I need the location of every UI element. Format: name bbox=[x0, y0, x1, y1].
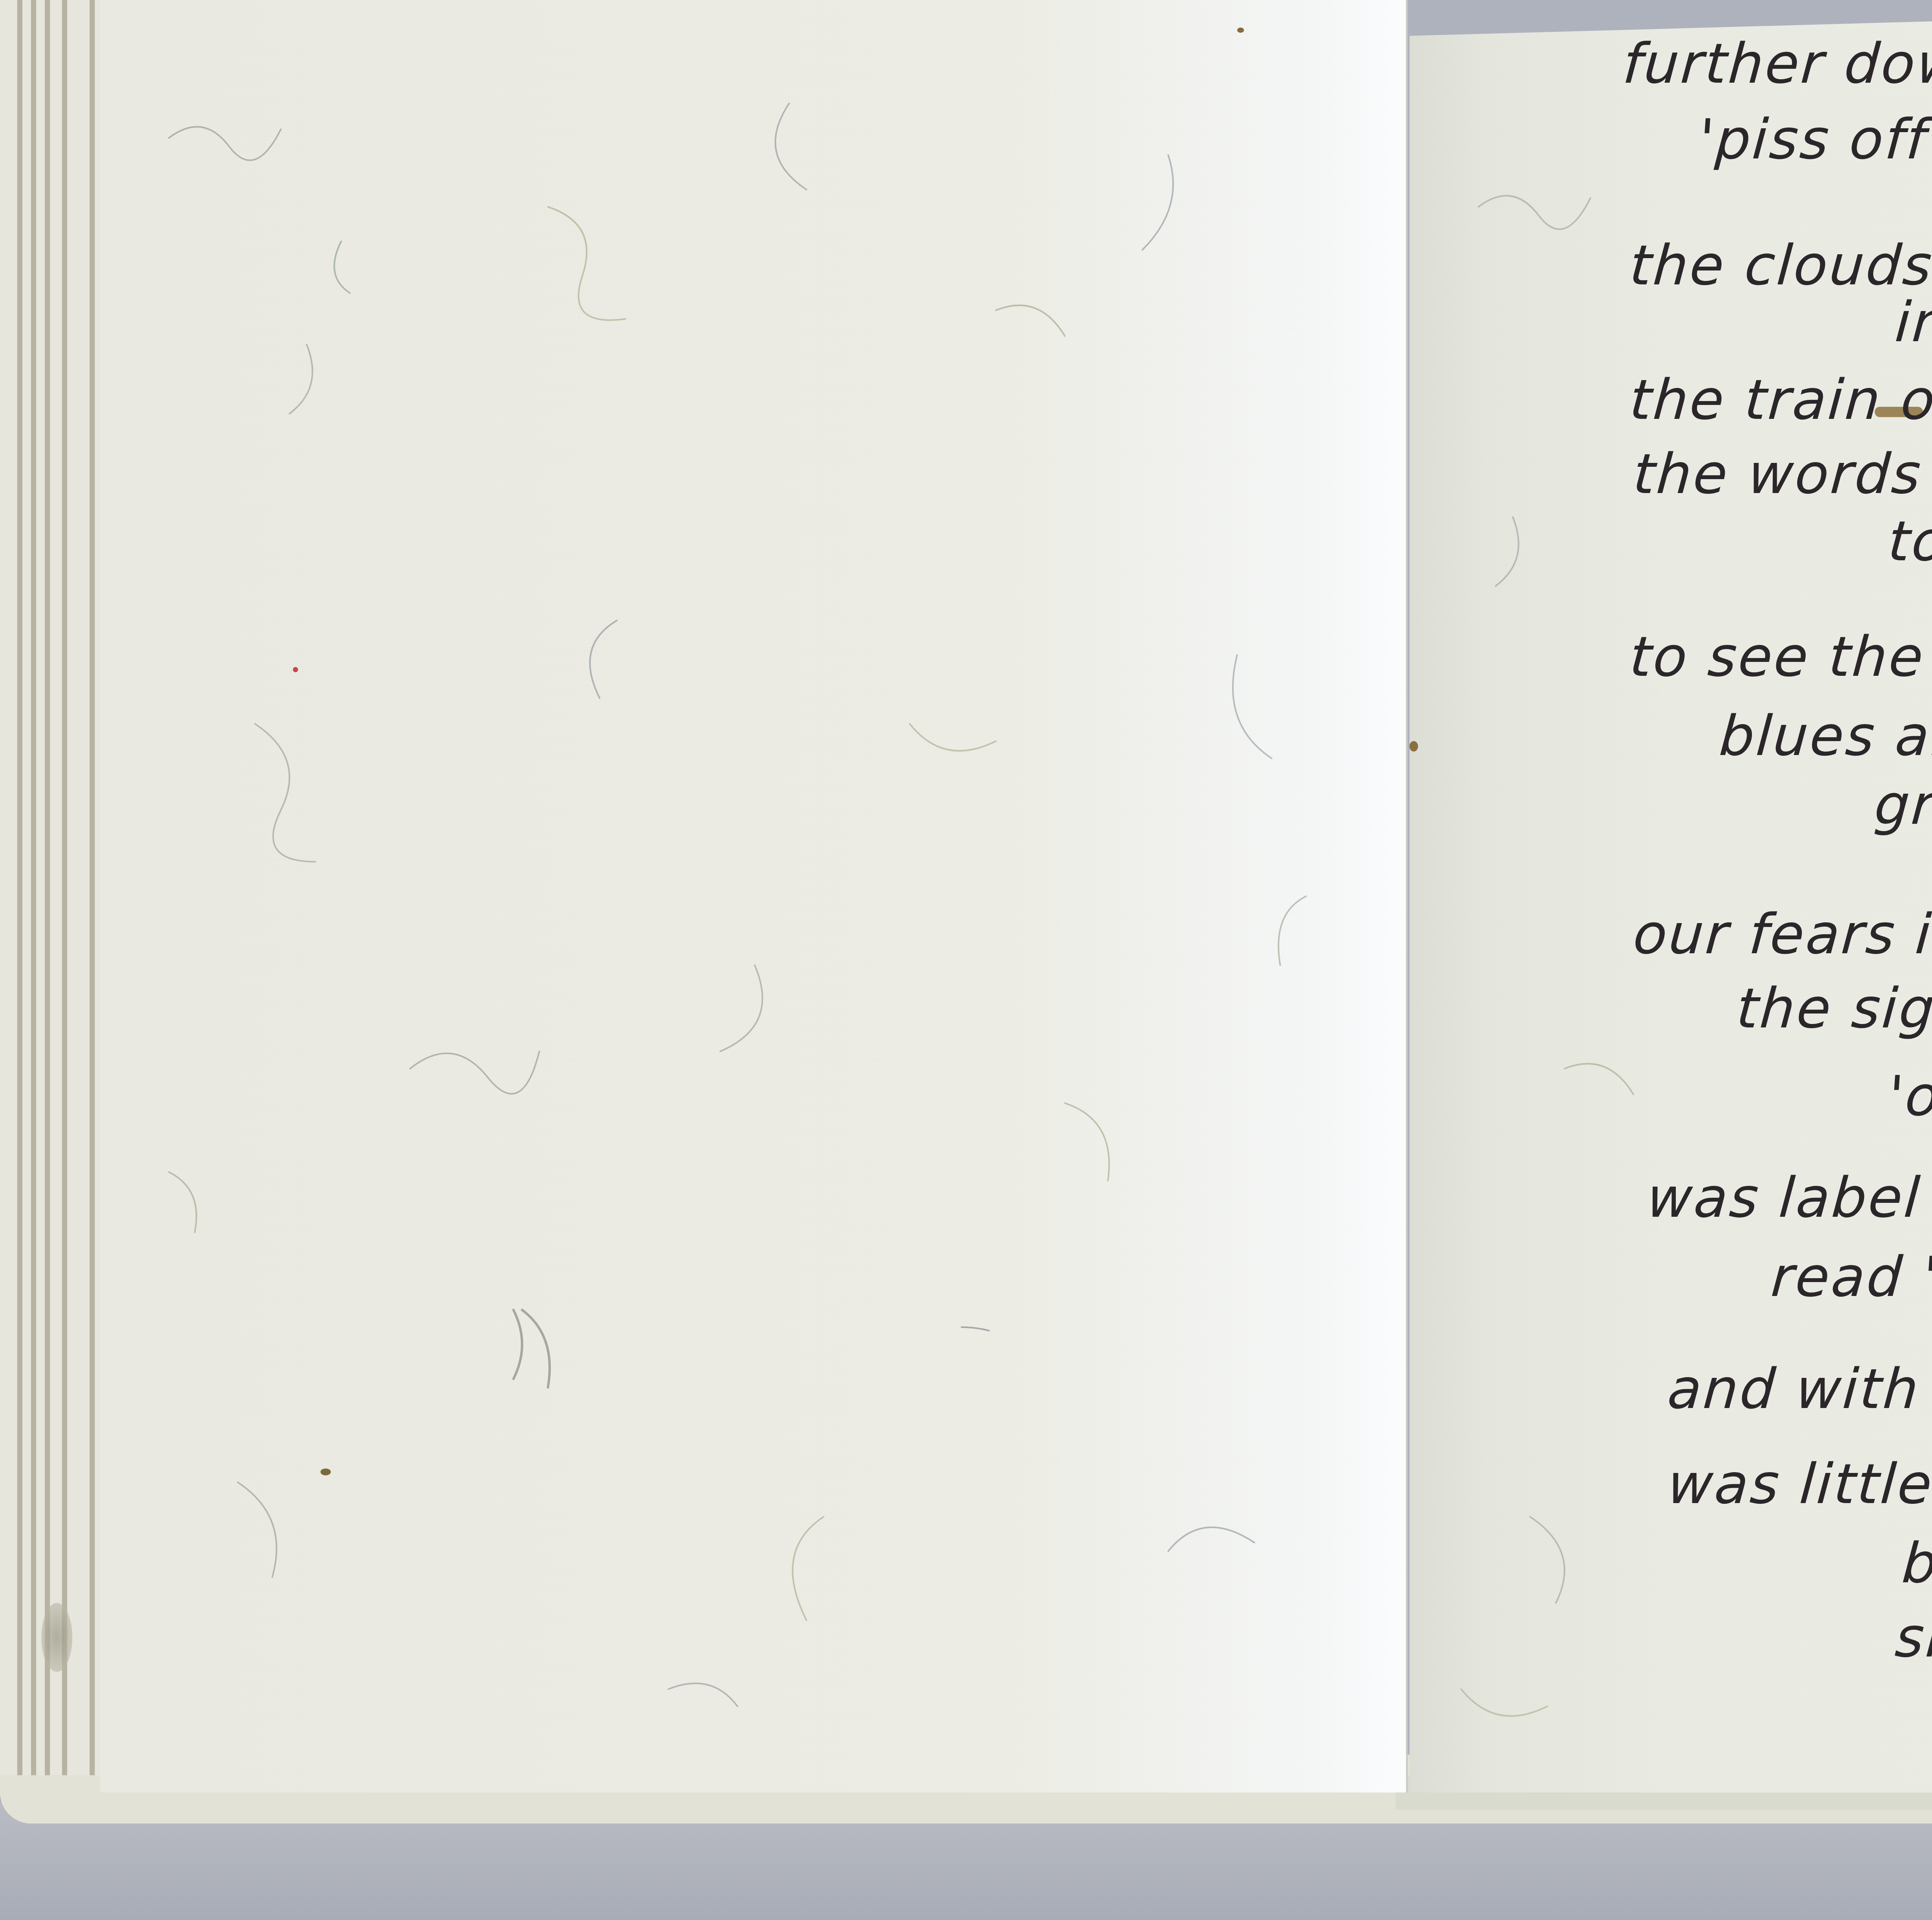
poem-line: blues and haze-led bbox=[1717, 703, 1932, 769]
poem-line: 'piss off' was heard bbox=[1697, 107, 1932, 173]
poem-line: but bbox=[1900, 1531, 1932, 1596]
left-page bbox=[100, 0, 1406, 1792]
poem-line: and with that 'amen' bbox=[1666, 1356, 1932, 1422]
poem-line: read 'complete' bbox=[1769, 1245, 1932, 1310]
poem-line: was label on a blanket bbox=[1645, 1165, 1932, 1231]
poem-line: further down the platform, bbox=[1621, 31, 1932, 97]
poem-line: to see the oranges bbox=[1628, 624, 1932, 690]
poem-line: the signings towards bbox=[1735, 976, 1932, 1041]
poem-line: the train on time bbox=[1628, 367, 1932, 433]
poem-line: our fears in trance bbox=[1631, 901, 1932, 967]
page-leaf-edge bbox=[31, 0, 36, 1775]
page-leaf-edge bbox=[62, 0, 67, 1775]
handwritten-poem: further down the platform, 'piss off' wa… bbox=[1410, 0, 1932, 1792]
poem-line: was little left bbox=[1666, 1451, 1932, 1517]
poem-line: in the sky bbox=[1893, 289, 1932, 355]
poem-line: the clouds were welling bbox=[1628, 233, 1932, 298]
page-stack-edges bbox=[0, 0, 114, 1775]
scan-stage: further down the platform, 'piss off' wa… bbox=[0, 0, 1932, 1920]
right-page: further down the platform, 'piss off' wa… bbox=[1410, 0, 1932, 1792]
page-leaf-edge bbox=[90, 0, 95, 1775]
poem-line: to say 'good-bye' bbox=[1886, 508, 1932, 574]
poem-line: greys bbox=[1872, 772, 1932, 838]
paper-fiber-texture bbox=[100, 0, 1406, 1792]
poem-line: 'obey' bbox=[1886, 1063, 1932, 1129]
poem-line: the words in place bbox=[1631, 441, 1932, 507]
poem-line: sleep bbox=[1893, 1605, 1932, 1670]
pressed-flower-icon bbox=[41, 1603, 72, 1672]
page-leaf-edge bbox=[17, 0, 22, 1775]
page-leaf-edge bbox=[45, 0, 50, 1775]
